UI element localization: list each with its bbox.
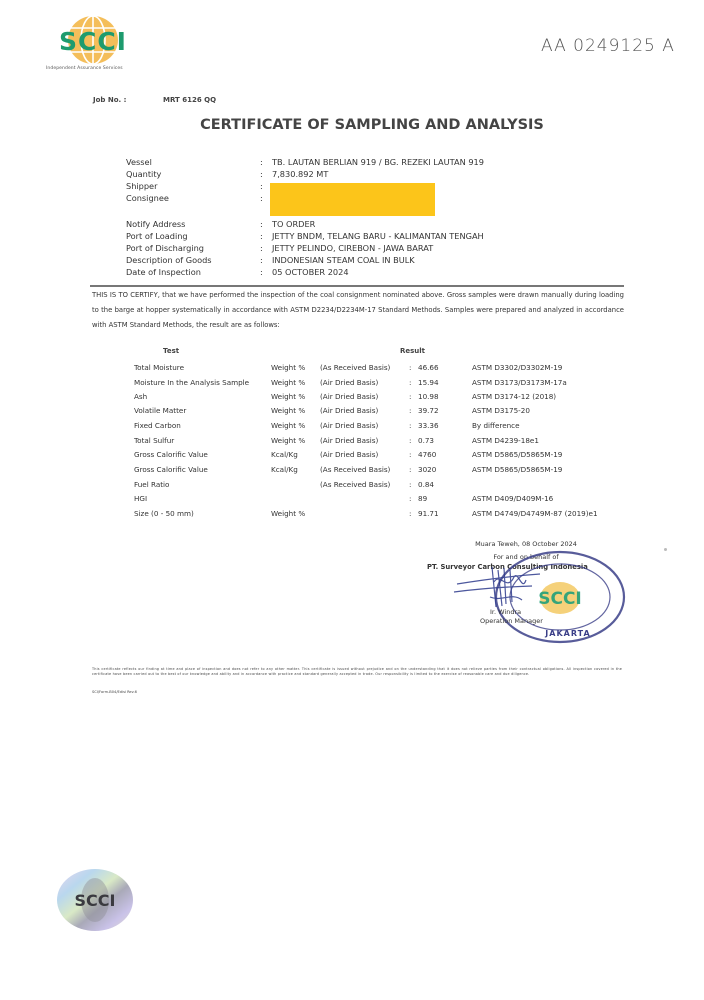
test-unit: Weight % [271, 509, 305, 518]
result-colon: : [409, 436, 411, 445]
test-basis: (Air Dried Basis) [320, 421, 378, 430]
field-value-port-of-discharging: JETTY PELINDO, CIREBON - JAWA BARAT [272, 243, 433, 253]
scan-speck [664, 548, 667, 551]
test-method: ASTM D3175-20 [472, 406, 530, 415]
divider [90, 285, 624, 287]
signatory-title: Operation Manager [480, 617, 543, 625]
test-basis: (Air Dried Basis) [320, 450, 378, 459]
job-no-label: Job No. : [93, 96, 126, 104]
test-name: Moisture In the Analysis Sample [134, 378, 249, 387]
job-no-value: MRT 6126 QQ [163, 96, 216, 104]
result-colon: : [409, 363, 411, 372]
field-label-vessel: Vessel [126, 157, 152, 167]
field-colon: : [260, 181, 263, 191]
field-colon: : [260, 169, 263, 179]
field-colon: : [260, 255, 263, 265]
field-label-date-of-inspection: Date of Inspection [126, 267, 201, 277]
test-value: 15.94 [418, 378, 439, 387]
redaction-box [270, 183, 435, 216]
svg-text:SCCI: SCCI [75, 891, 116, 910]
test-unit: Weight % [271, 392, 305, 401]
signatory-name: Ir. Windra [490, 608, 521, 616]
field-label-port-of-discharging: Port of Discharging [126, 243, 204, 253]
field-label-notify-address: Notify Address [126, 219, 185, 229]
test-method: ASTM D409/D409M-16 [472, 494, 553, 503]
result-colon: : [409, 509, 411, 518]
field-label-consignee: Consignee [126, 193, 169, 203]
test-unit: Kcal/Kg [271, 465, 298, 474]
serial-number: AA 0249125 A [541, 36, 675, 56]
field-colon: : [260, 157, 263, 167]
result-colon: : [409, 392, 411, 401]
disclaimer-text: This certificate reflects our finding at… [92, 667, 622, 677]
test-unit: Weight % [271, 406, 305, 415]
field-colon: : [260, 219, 263, 229]
test-basis: (Air Dried Basis) [320, 436, 378, 445]
result-colon: : [409, 421, 411, 430]
field-colon: : [260, 243, 263, 253]
test-value: 91.71 [418, 509, 439, 518]
test-value: 3020 [418, 465, 436, 474]
field-value-port-of-loading: JETTY BNDM, TELANG BARU - KALIMANTAN TEN… [272, 231, 484, 241]
test-basis: (As Received Basis) [320, 480, 390, 489]
field-value-quantity: 7,830.892 MT [272, 169, 328, 179]
test-value: 39.72 [418, 406, 439, 415]
certificate-title: CERTIFICATE OF SAMPLING AND ANALYSIS [0, 117, 704, 133]
test-method: ASTM D3174-12 (2018) [472, 392, 556, 401]
result-colon: : [409, 406, 411, 415]
test-method: ASTM D4239-18e1 [472, 436, 539, 445]
test-unit: Weight % [271, 436, 305, 445]
svg-text:SCCI: SCCI [538, 589, 582, 609]
test-value: 33.36 [418, 421, 439, 430]
hologram-seal-icon: SCCI [55, 866, 135, 934]
test-method: ASTM D3173/D3173M-17a [472, 378, 567, 387]
result-colon: : [409, 378, 411, 387]
form-code: SCI/Form-B04/Edisi Rev.6 [92, 690, 137, 694]
column-header-test: Test [163, 347, 179, 355]
field-value-vessel: TB. LAUTAN BERLIAN 919 / BG. REZEKI LAUT… [272, 157, 484, 167]
test-name: Total Moisture [134, 363, 184, 372]
test-method: By difference [472, 421, 520, 430]
test-name: Total Sulfur [134, 436, 174, 445]
field-label-port-of-loading: Port of Loading [126, 231, 188, 241]
test-method: ASTM D5865/D5865M-19 [472, 465, 562, 474]
column-header-result: Result [400, 347, 425, 355]
test-value: 0.84 [418, 480, 434, 489]
test-unit: Weight % [271, 363, 305, 372]
result-colon: : [409, 480, 411, 489]
field-label-shipper: Shipper [126, 181, 157, 191]
test-basis: (As Received Basis) [320, 465, 390, 474]
result-colon: : [409, 465, 411, 474]
field-label-description-of-goods: Description of Goods [126, 255, 212, 265]
test-value: 4760 [418, 450, 436, 459]
test-value: 89 [418, 494, 427, 503]
test-value: 46.66 [418, 363, 439, 372]
field-label-quantity: Quantity [126, 169, 161, 179]
test-name: Fixed Carbon [134, 421, 181, 430]
test-basis: (Air Dried Basis) [320, 392, 378, 401]
field-value-notify-address: TO ORDER [272, 219, 315, 229]
logo-tagline: Independent Assurance Services [46, 66, 123, 71]
test-name: Size (0 - 50 mm) [134, 509, 194, 518]
test-unit: Weight % [271, 421, 305, 430]
test-name: Ash [134, 392, 147, 401]
test-method: ASTM D3302/D3302M-19 [472, 363, 562, 372]
field-value-date-of-inspection: 05 OCTOBER 2024 [272, 267, 349, 277]
field-colon: : [260, 267, 263, 277]
certify-statement: THIS IS TO CERTIFY, that we have perform… [92, 288, 624, 333]
test-name: Volatile Matter [134, 406, 186, 415]
test-basis: (As Received Basis) [320, 363, 390, 372]
field-colon: : [260, 193, 263, 203]
test-value: 10.98 [418, 392, 439, 401]
test-name: Gross Calorific Value [134, 465, 208, 474]
result-colon: : [409, 494, 411, 503]
test-method: ASTM D5865/D5865M-19 [472, 450, 562, 459]
test-name: HGI [134, 494, 147, 503]
test-basis: (Air Dried Basis) [320, 406, 378, 415]
test-basis: (Air Dried Basis) [320, 378, 378, 387]
result-colon: : [409, 450, 411, 459]
svg-text:SCCI: SCCI [59, 27, 127, 56]
signing-place-date: Muara Teweh, 08 October 2024 [436, 540, 616, 548]
test-name: Gross Calorific Value [134, 450, 208, 459]
test-value: 0.73 [418, 436, 434, 445]
test-name: Fuel Ratio [134, 480, 169, 489]
handwritten-signature-icon [452, 562, 542, 612]
test-method: ASTM D4749/D4749M-87 (2019)e1 [472, 509, 598, 518]
test-unit: Weight % [271, 378, 305, 387]
test-unit: Kcal/Kg [271, 450, 298, 459]
svg-text:JAKARTA: JAKARTA [544, 629, 590, 638]
field-value-description-of-goods: INDONESIAN STEAM COAL IN BULK [272, 255, 415, 265]
field-colon: : [260, 231, 263, 241]
